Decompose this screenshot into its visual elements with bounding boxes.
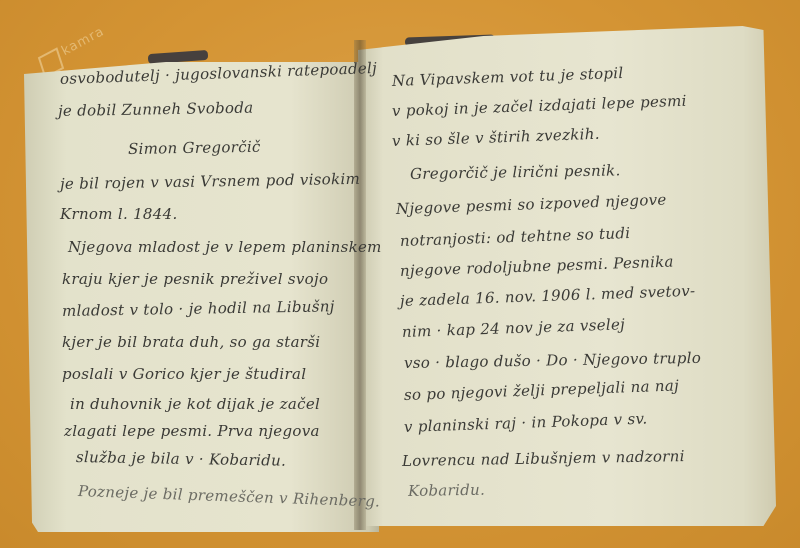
left-handwritten-line: poslali v Gorico kjer je študiral (62, 365, 306, 383)
left-handwritten-line: zlagati lepe pesmi. Prva njegova (64, 422, 320, 440)
binding-tape-left (148, 50, 209, 64)
left-handwritten-line: Njegova mladost je v lepem planinskem (68, 238, 382, 256)
open-notebook: osvobodutelj · jugoslovanski ratepoadelj… (0, 0, 800, 548)
left-handwritten-line: in duhovnik je kot dijak je začel (70, 395, 320, 413)
left-handwritten-line: je dobil Zunneh Svoboda (58, 99, 254, 120)
left-handwritten-line: Krnom l. 1844. (60, 205, 178, 223)
right-handwritten-line: Gregorčič je lirični pesnik. (410, 161, 621, 183)
left-handwritten-line: kraju kjer je pesnik preživel svojo (62, 270, 328, 288)
right-handwritten-line: Kobaridu. (408, 481, 485, 500)
book-gutter (354, 40, 366, 530)
left-handwritten-line: Simon Gregorčič (128, 138, 261, 158)
left-handwritten-line: kjer je bil brata duh, so ga starši (62, 333, 320, 351)
left-handwritten-line: služba je bila v · Kobaridu. (76, 448, 286, 470)
